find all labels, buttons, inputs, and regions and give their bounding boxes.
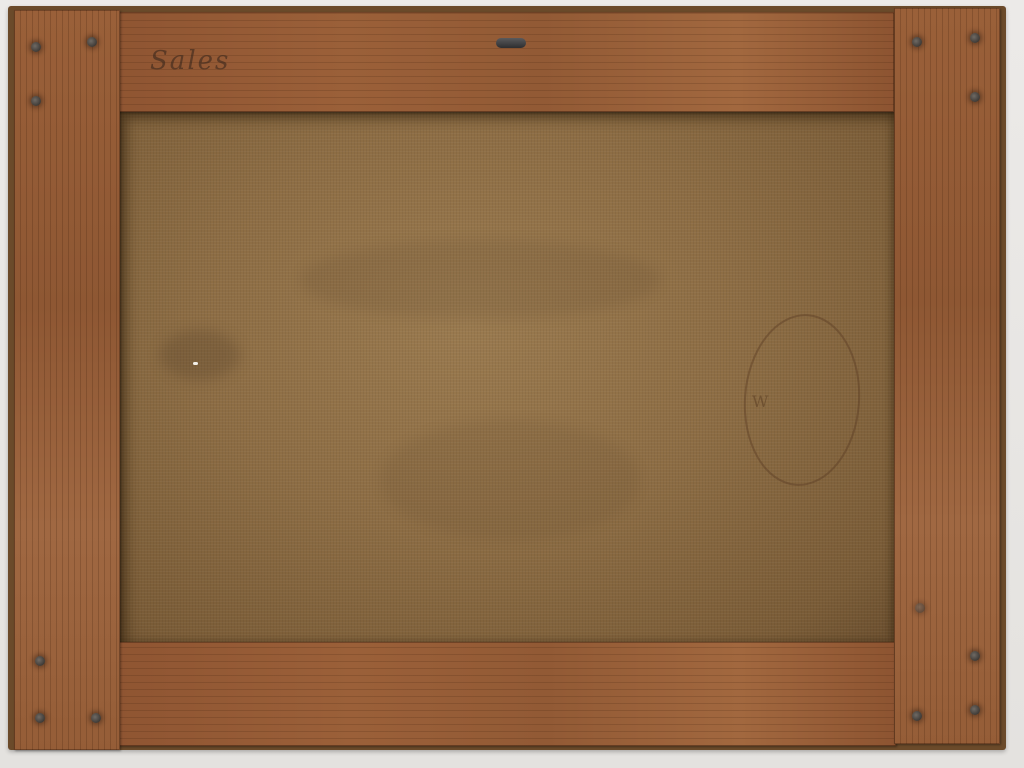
nail bbox=[915, 603, 925, 613]
metal-clip bbox=[496, 38, 526, 48]
stain bbox=[160, 330, 240, 380]
nail bbox=[31, 96, 41, 106]
nail bbox=[912, 711, 922, 721]
nail bbox=[912, 37, 922, 47]
nail bbox=[35, 713, 45, 723]
pencil-inscription: Sales bbox=[150, 46, 230, 76]
nail bbox=[35, 656, 45, 666]
nail bbox=[87, 37, 97, 47]
nail bbox=[970, 651, 980, 661]
stretcher-right-bar bbox=[894, 8, 1000, 744]
nail bbox=[970, 705, 980, 715]
stretcher-left-bar bbox=[14, 10, 120, 750]
photo-background: W Sales bbox=[0, 0, 1024, 768]
nail bbox=[31, 42, 41, 52]
stain bbox=[380, 420, 640, 540]
stain bbox=[300, 240, 660, 320]
nail bbox=[91, 713, 101, 723]
stretcher-bottom-bar bbox=[118, 642, 896, 746]
nail bbox=[970, 33, 980, 43]
oval-letter: W bbox=[752, 392, 768, 411]
speck bbox=[193, 362, 198, 365]
nail bbox=[970, 92, 980, 102]
stretcher-top-bar bbox=[114, 12, 894, 112]
